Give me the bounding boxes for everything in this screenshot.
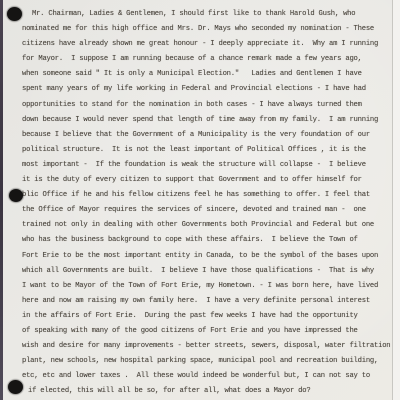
hole-punch-icon: [7, 7, 22, 21]
text-line: here and now am raising my own family he…: [22, 294, 394, 309]
text-line: spent many years of my life working in F…: [22, 82, 394, 97]
text-line: for Mayor. I suppose I am running becaus…: [22, 52, 394, 67]
text-line: which all Governments are built. I belie…: [22, 264, 394, 279]
text-line: in the affairs of Fort Erie. During the …: [22, 309, 394, 324]
text-line: I want to be Mayor of the Town of Fort E…: [22, 279, 394, 294]
text-line: opportunities to stand for the nominatio…: [22, 98, 394, 113]
text-line: trained not only in dealing with other G…: [22, 218, 394, 233]
scan-edge-left: [0, 0, 3, 400]
text-line: nominated me for this high office and Mr…: [22, 22, 394, 37]
text-line: it is the duty of every citizen to suppo…: [22, 173, 394, 188]
text-line: wish and desire for many improvements - …: [22, 339, 394, 354]
text-line: citizens have already shown me great hon…: [22, 37, 394, 52]
text-line: plant, new schools, new hospital parking…: [22, 354, 394, 369]
text-line: most important - If the foundation is we…: [22, 158, 394, 173]
hole-punch-icon: [8, 380, 23, 394]
text-line: down because I would never spend that le…: [22, 113, 394, 128]
scanned-typewritten-page: Mr. Chairman, Ladies & Gentlemen, I shou…: [0, 0, 400, 400]
scan-bed-right: [393, 0, 400, 400]
text-line: of speaking with many of the good citize…: [22, 324, 394, 339]
hole-punch-icon: [9, 189, 23, 202]
text-line: the Office of Mayor requires the service…: [22, 203, 394, 218]
text-line: if elected, this will all be so, for aft…: [22, 384, 394, 399]
text-line: who has the business background to cope …: [22, 233, 394, 248]
text-line: Fort Erie to be the most important entit…: [22, 249, 394, 264]
text-line: because I believe that the Government of…: [22, 128, 394, 143]
text-line: etc, etc and lower taxes . All these wou…: [22, 369, 394, 384]
text-line: Mr. Chairman, Ladies & Gentlemen, I shou…: [22, 7, 394, 22]
text-line: blic Office if he and his fellow citizen…: [22, 188, 394, 203]
typewritten-text-block: Mr. Chairman, Ladies & Gentlemen, I shou…: [22, 7, 394, 399]
text-line: when someone said " It is only a Municip…: [22, 67, 394, 82]
text-line: political structure. It is not the least…: [22, 143, 394, 158]
